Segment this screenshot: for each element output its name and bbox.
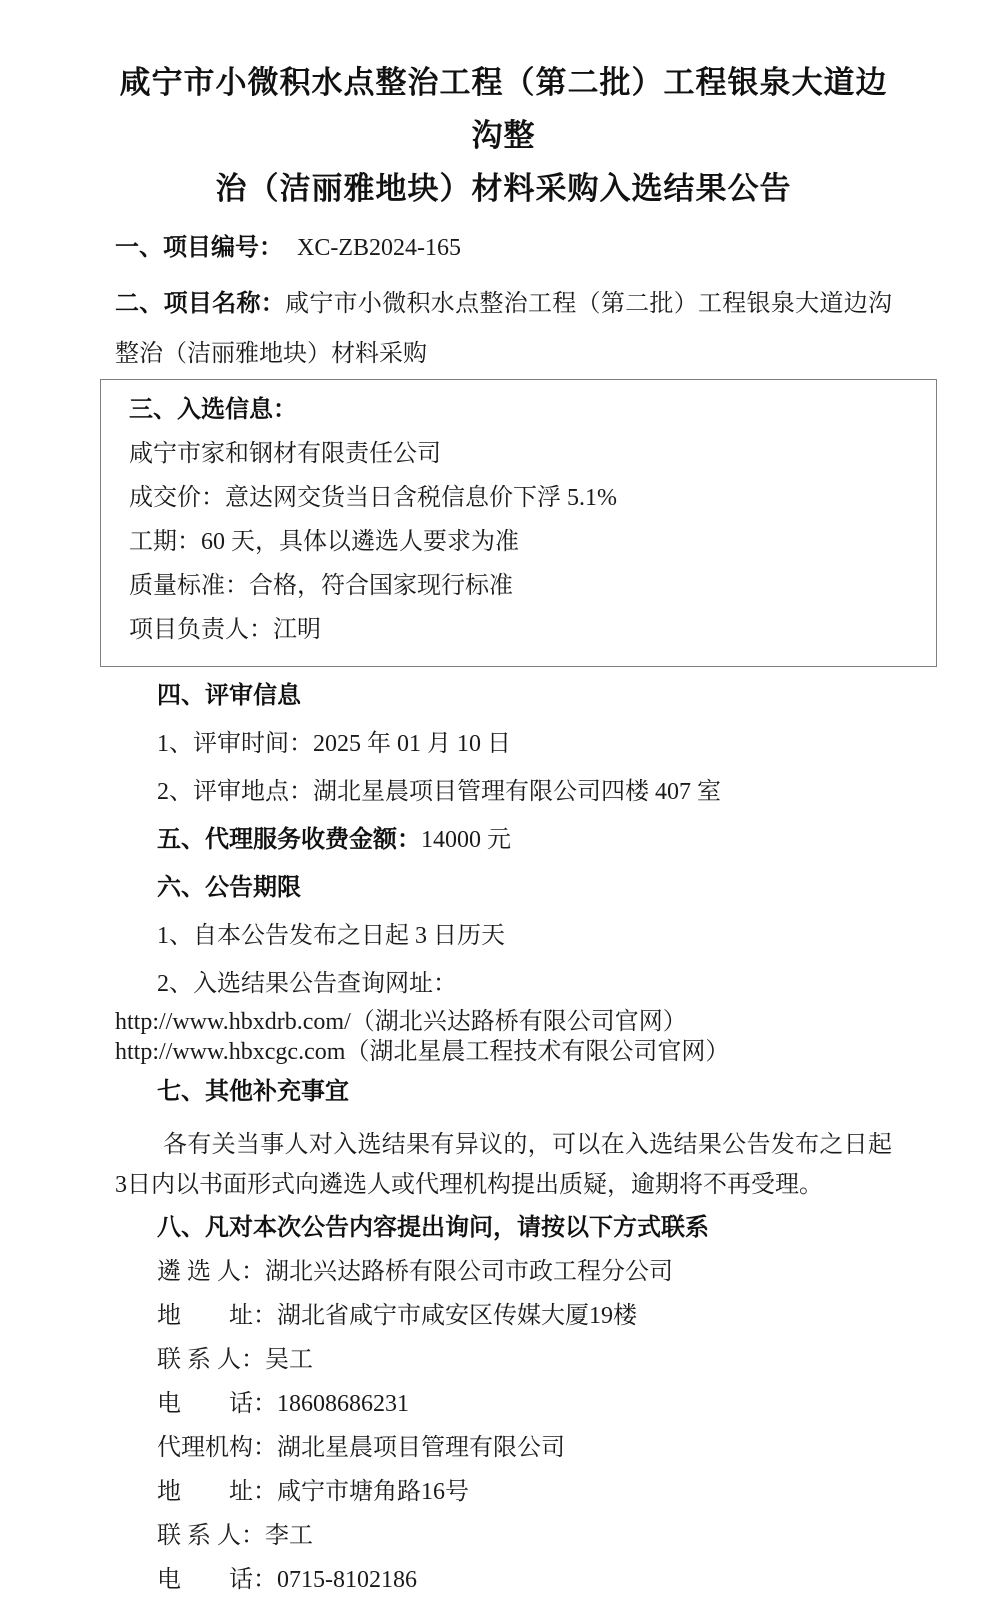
contact-label: 电 话： bbox=[157, 1567, 277, 1593]
selection-duration: 工期：60 天，具体以遴选人要求为准 bbox=[129, 520, 920, 564]
result-url-1: http://www.hbxdrb.com/（湖北兴达路桥有限公司官网） bbox=[115, 1007, 892, 1037]
agency-fee-row: 五、代理服务收费金额：14000 元 bbox=[115, 827, 892, 853]
notice-period-item-1: 1、自本公告发布之日起 3 日历天 bbox=[115, 923, 892, 949]
contact-value: 吴工 bbox=[265, 1347, 313, 1373]
contact-value: 湖北省咸宁市咸安区传媒大厦19楼 bbox=[277, 1303, 637, 1329]
notice-period-item-2: 2、入选结果公告查询网址： bbox=[115, 971, 892, 997]
contact-row-agency-address: 地 址：咸宁市塘角路16号 bbox=[115, 1479, 892, 1505]
contact-heading: 八、凡对本次公告内容提出询问，请按以下方式联系 bbox=[157, 1214, 709, 1241]
announcement-document: 咸宁市小微积水点整治工程（第二批）工程银泉大道边沟整 治（洁丽雅地块）材料采购入… bbox=[0, 0, 1000, 1600]
agency-fee-label: 五、代理服务收费金额： bbox=[157, 826, 421, 853]
contact-row-phone: 电 话：18608686231 bbox=[115, 1391, 892, 1417]
selection-quality: 质量标准：合格，符合国家现行标准 bbox=[129, 564, 920, 608]
review-heading: 四、评审信息 bbox=[157, 682, 301, 709]
page-title-line-1: 咸宁市小微积水点整治工程（第二批）工程银泉大道边沟整 bbox=[120, 65, 888, 153]
selection-winner: 咸宁市家和钢材有限责任公司 bbox=[129, 432, 920, 476]
contact-row-address: 地 址：湖北省咸宁市咸安区传媒大厦19楼 bbox=[115, 1303, 892, 1329]
contact-label: 联 系 人： bbox=[157, 1523, 265, 1549]
project-name-label: 二、项目名称： bbox=[115, 290, 285, 317]
page-title-line-2: 治（洁丽雅地块）材料采购入选结果公告 bbox=[216, 171, 792, 206]
contact-row-selector: 遴 选 人：湖北兴达路桥有限公司市政工程分公司 bbox=[115, 1259, 892, 1285]
notice-period-heading: 六、公告期限 bbox=[157, 874, 301, 901]
selection-price: 成交价：意达网交货当日含税信息价下浮 5.1% bbox=[129, 476, 920, 520]
contact-value: 0715-8102186 bbox=[277, 1567, 417, 1593]
contact-row-agency: 代理机构：湖北星晨项目管理有限公司 bbox=[115, 1435, 892, 1461]
project-name-row: 二、项目名称：咸宁市小微积水点整治工程（第二批）工程银泉大道边沟整治（洁丽雅地块… bbox=[115, 279, 892, 379]
selection-info-heading: 三、入选信息： bbox=[129, 396, 297, 423]
selection-manager: 项目负责人：江明 bbox=[129, 608, 920, 652]
contact-row-agency-phone: 电 话：0715-8102186 bbox=[115, 1567, 892, 1593]
review-place: 2、评审地点：湖北星晨项目管理有限公司四楼 407 室 bbox=[115, 779, 892, 805]
supplementary-heading: 七、其他补充事宜 bbox=[157, 1078, 349, 1105]
page-title: 咸宁市小微积水点整治工程（第二批）工程银泉大道边沟整 治（洁丽雅地块）材料采购入… bbox=[115, 56, 892, 215]
project-number-value: XC-ZB2024-165 bbox=[297, 235, 461, 261]
contact-label: 联 系 人： bbox=[157, 1347, 265, 1373]
review-time: 1、评审时间：2025 年 01 月 10 日 bbox=[115, 731, 892, 757]
contact-label: 电 话： bbox=[157, 1391, 277, 1417]
contact-value: 湖北兴达路桥有限公司市政工程分公司 bbox=[265, 1259, 673, 1285]
contact-value: 18608686231 bbox=[277, 1391, 409, 1417]
selection-info-box: 三、入选信息： 咸宁市家和钢材有限责任公司 成交价：意达网交货当日含税信息价下浮… bbox=[100, 379, 937, 667]
contact-label: 地 址： bbox=[157, 1479, 277, 1505]
contact-row-person: 联 系 人：吴工 bbox=[115, 1347, 892, 1373]
contact-value: 湖北星晨项目管理有限公司 bbox=[277, 1435, 565, 1461]
contact-value: 李工 bbox=[265, 1523, 313, 1549]
result-url-2: http://www.hbxcgc.com（湖北星晨工程技术有限公司官网） bbox=[115, 1037, 892, 1067]
project-number-label: 一、项目编号： bbox=[115, 234, 283, 261]
project-number-row: 一、项目编号：XC-ZB2024-165 bbox=[115, 235, 892, 261]
supplementary-paragraph: 各有关当事人对入选结果有异议的，可以在入选结果公告发布之日起3日内以书面形式向遴… bbox=[115, 1125, 892, 1205]
contact-value: 咸宁市塘角路16号 bbox=[277, 1479, 469, 1505]
contact-label: 地 址： bbox=[157, 1303, 277, 1329]
agency-fee-value: 14000 元 bbox=[421, 827, 511, 853]
contact-label: 遴 选 人： bbox=[157, 1259, 265, 1285]
contact-row-agency-person: 联 系 人：李工 bbox=[115, 1523, 892, 1549]
contact-label: 代理机构： bbox=[157, 1435, 277, 1461]
